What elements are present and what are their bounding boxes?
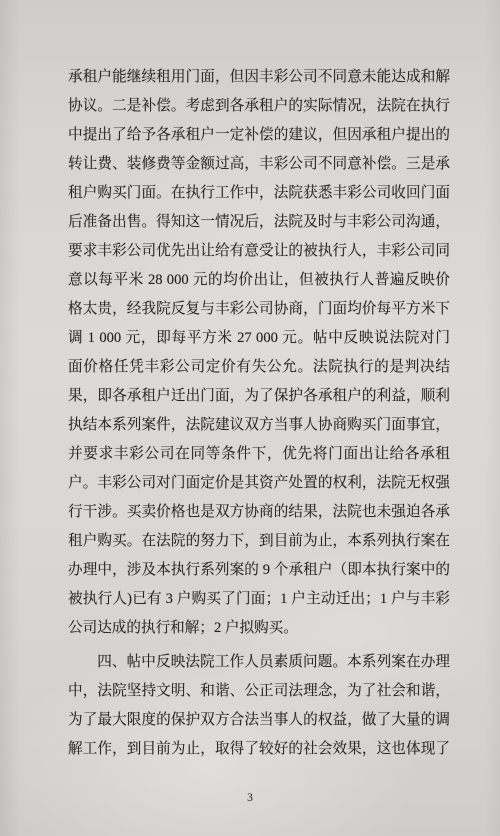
text-line: 要求丰彩公司优先出让给有意受让的被执行人，丰彩公司同: [68, 237, 450, 266]
text-line: 租户购买门面。在执行工作中，法院获悉丰彩公司收回门面: [68, 179, 450, 208]
text-line: 执结本系列案件，法院建议双方当事人协商购买门面事宜，: [68, 411, 450, 440]
text-line: 公司达成的执行和解；2 户拟购买。: [68, 614, 450, 643]
paragraph: 承租户能继续租用门面，但因丰彩公司不同意未能达成和解协议。二是补偿。考虑到各承租…: [68, 63, 450, 643]
text-line: 意以每平米 28 000 元的均价出让，但被执行人普遍反映价: [68, 266, 450, 295]
text-line: 中，法院坚持文明、和谐、公正司法理念，为了社会和谐，: [68, 677, 450, 706]
text-line: 后准备出售。得知这一情况后，法院及时与丰彩公司沟通，: [68, 208, 450, 237]
paragraph: 四、帖中反映法院工作人员素质问题。本系列案在办理中，法院坚持文明、和谐、公正司法…: [68, 648, 450, 764]
document-body: 承租户能继续租用门面，但因丰彩公司不同意未能达成和解协议。二是补偿。考虑到各承租…: [68, 63, 450, 764]
text-line: 行干涉。买卖价格也是双方协商的结果，法院也未强迫各承: [68, 498, 450, 527]
page-number: 3: [0, 789, 500, 807]
text-line: 为了最大限度的保护双方合法当事人的权益，做了大量的调: [68, 706, 450, 735]
text-line: 中提出了给予各承租户一定补偿的建议，但因承租户提出的: [68, 121, 450, 150]
text-line: 租户购买。在法院的努力下，到目前为止，本系列执行案在: [68, 527, 450, 556]
text-line: 四、帖中反映法院工作人员素质问题。本系列案在办理: [68, 648, 450, 677]
text-line: 户。丰彩公司对门面定价是其资产处置的权利，法院无权强: [68, 469, 450, 498]
text-line: 被执行人)已有 3 户购买了门面；1 户主动迁出；1 户与丰彩: [68, 585, 450, 614]
text-line: 承租户能继续租用门面，但因丰彩公司不同意未能达成和解: [68, 63, 450, 92]
text-line: 果，即各承租户迁出门面，为了保护各承租户的利益，顺利: [68, 382, 450, 411]
text-line: 格太贵，经我院反复与丰彩公司协商，门面均价每平方米下: [68, 295, 450, 324]
text-line: 并要求丰彩公司在同等条件下，优先将门面出让给各承租: [68, 440, 450, 469]
text-line: 协议。二是补偿。考虑到各承租户的实际情况，法院在执行: [68, 92, 450, 121]
text-line: 转让费、装修费等金额过高，丰彩公司不同意补偿。三是承: [68, 150, 450, 179]
text-line: 面价格任凭丰彩公司定价有失公允。法院执行的是判决结: [68, 353, 450, 382]
text-line: 解工作，到目前为止，取得了较好的社会效果，这也体现了: [68, 735, 450, 764]
document-page: 承租户能继续租用门面，但因丰彩公司不同意未能达成和解协议。二是补偿。考虑到各承租…: [0, 0, 500, 836]
text-line: 办理中，涉及本执行系列案的 9 个承租户（即本执行案中的: [68, 556, 450, 585]
text-line: 调 1 000 元，即每平方米 27 000 元。帖中反映说法院对门: [68, 324, 450, 353]
